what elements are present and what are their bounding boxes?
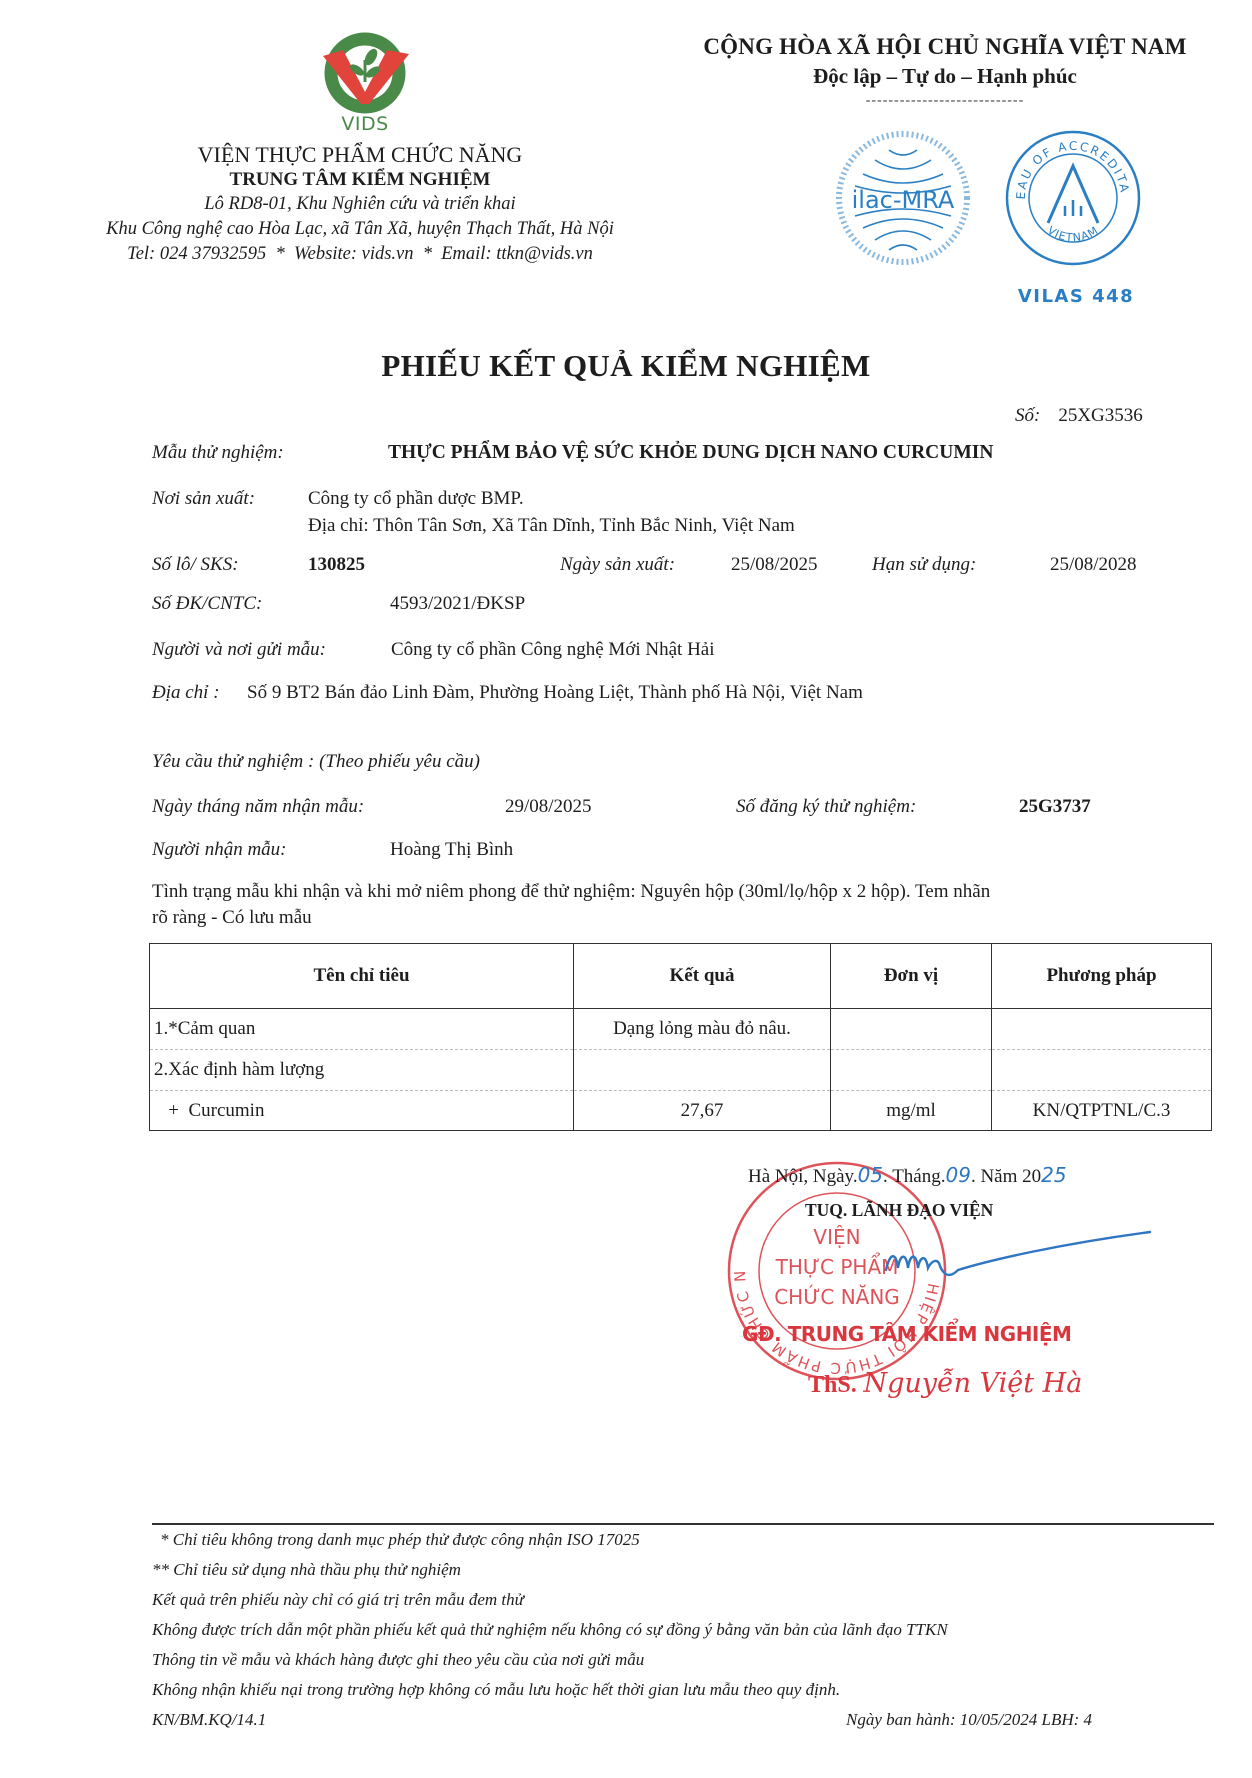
cell-unit	[831, 1050, 992, 1091]
manufacturer-value: Công ty cổ phần dược BMP.	[308, 487, 524, 511]
signer-role: GĐ. TRUNG TÂM KIỂM NGHIỆM	[742, 1322, 1071, 1346]
cell-result: Dạng lỏng màu đỏ nâu.	[574, 1009, 831, 1050]
cell-criterion: + Curcumin	[150, 1091, 574, 1132]
sample-label: Mẫu thử nghiệm:	[152, 441, 284, 465]
footer-note: Thông tin về mẫu và khách hàng được ghi …	[152, 1650, 644, 1670]
vids-logo-icon	[315, 30, 415, 116]
document-number-value: 25XG3536	[1058, 405, 1142, 426]
cell-method: KN/QTPTNL/C.3	[992, 1091, 1212, 1132]
footer-note: ** Chỉ tiêu sử dụng nhà thầu phụ thử ngh…	[152, 1560, 461, 1580]
expiry-value: 25/08/2028	[1050, 553, 1137, 577]
sign-month-prefix: . Tháng.	[883, 1166, 945, 1187]
stamp-center-line-1: VIỆN	[813, 1225, 860, 1249]
lot-label: Số lô/ SKS:	[152, 553, 239, 577]
signer-full-name: Nguyễn Việt Hà	[863, 1368, 1082, 1399]
ilac-mra-icon: ilac-MRA	[835, 130, 971, 266]
cell-result: 27,67	[574, 1091, 831, 1132]
receiver-value: Hoàng Thị Bình	[390, 838, 513, 862]
cell-criterion: 2.Xác định hàm lượng	[150, 1050, 574, 1091]
footer-note: * Chỉ tiêu không trong danh mục phép thử…	[160, 1530, 640, 1550]
sample-value: THỰC PHẨM BẢO VỆ SỨC KHỎE DUNG DỊCH NANO…	[388, 441, 993, 465]
boa-ring-bottom: VIETNAM	[1045, 224, 1101, 245]
table-header-row: Tên chỉ tiêu Kết quả Đơn vị Phương pháp	[150, 944, 1211, 1009]
column-header-unit: Đơn vị	[831, 944, 992, 1009]
sample-condition-line-2: rõ ràng - Có lưu mẫu	[152, 906, 312, 930]
cell-method	[992, 1009, 1212, 1050]
sign-date: Hà Nội, Ngày.05. Tháng.09. Năm 2025	[748, 1163, 1067, 1188]
nation-title: CỘNG HÒA XÃ HỘI CHỦ NGHĨA VIỆT NAM	[665, 32, 1225, 62]
lot-value: 130825	[308, 553, 365, 577]
registration-value: 4593/2021/ĐKSP	[390, 592, 525, 616]
address-line-2: Khu Công nghệ cao Hòa Lạc, xã Tân Xã, hu…	[60, 217, 660, 242]
institute-name: VIỆN THỰC PHẨM CHỨC NĂNG	[60, 142, 660, 168]
sign-year-prefix: . Năm 20	[971, 1166, 1041, 1187]
registration-label: Số ĐK/CNTC:	[152, 592, 262, 616]
sign-month: 09	[945, 1163, 970, 1187]
table-row: + Curcumin 27,67 mg/ml KN/QTPTNL/C.3	[150, 1091, 1211, 1132]
signer-name: ThS. Nguyễn Việt Hà	[808, 1368, 1082, 1399]
receiver-label: Người nhận mẫu:	[152, 838, 287, 862]
nation-divider: ----------------------------	[665, 90, 1225, 112]
sender-value: Công ty cổ phần Công nghệ Mới Nhật Hải	[391, 638, 715, 662]
sign-date-prefix: Hà Nội, Ngày.	[748, 1166, 858, 1187]
svg-text:BUREAU OF ACCREDITATION: BUREAU OF ACCREDITATION	[1003, 128, 1132, 200]
received-date-value: 29/08/2025	[505, 795, 592, 819]
table-row: 2.Xác định hàm lượng	[150, 1050, 1211, 1091]
nation-motto: Độc lập – Tự do – Hạnh phúc	[665, 62, 1225, 90]
footer-note: Kết quả trên phiếu này chỉ có giá trị tr…	[152, 1590, 524, 1610]
sign-year-suffix: 25	[1041, 1163, 1066, 1187]
footer-note: Không được trích dẫn một phần phiếu kết …	[152, 1620, 948, 1640]
boa-accreditation-icon: BUREAU OF ACCREDITATION VIETNAM	[1003, 128, 1143, 268]
cell-method	[992, 1050, 1212, 1091]
received-date-label: Ngày tháng năm nhận mẫu:	[152, 795, 364, 819]
sign-authority: TUQ. LÃNH ĐẠO VIỆN	[805, 1200, 993, 1221]
document-number: Số:25XG3536	[1015, 405, 1143, 427]
sender-address-label: Địa chỉ :	[152, 681, 220, 705]
manufacturer-address: Địa chỉ: Thôn Tân Sơn, Xã Tân Dĩnh, Tỉnh…	[308, 514, 795, 538]
cell-unit: mg/ml	[831, 1091, 992, 1132]
cell-result	[574, 1050, 831, 1091]
document-number-label: Số:	[1015, 405, 1040, 426]
issue-info: Ngày ban hành: 10/05/2024 LBH: 4	[846, 1710, 1092, 1730]
ilac-label: ilac-MRA	[852, 186, 955, 214]
sender-label: Người và nơi gửi mẫu:	[152, 638, 326, 662]
mfg-date-value: 25/08/2025	[731, 553, 818, 577]
test-registration-value: 25G3737	[1019, 795, 1091, 819]
table-row: 1.*Cảm quan Dạng lỏng màu đỏ nâu.	[150, 1009, 1211, 1050]
footer-divider	[152, 1523, 1214, 1525]
column-header-result: Kết quả	[574, 944, 831, 1009]
vilas-code: VILAS 448	[1010, 286, 1142, 307]
cell-unit	[831, 1009, 992, 1050]
address-line-1: Lô RD8-01, Khu Nghiên cứu và triển khai	[60, 192, 660, 217]
column-header-method: Phương pháp	[992, 944, 1212, 1009]
cell-criterion: 1.*Cảm quan	[150, 1009, 574, 1050]
contact-line: Tel: 024 37932595 * Website: vids.vn * E…	[60, 242, 660, 267]
column-header-criterion: Tên chỉ tiêu	[150, 944, 574, 1009]
form-code: KN/BM.KQ/14.1	[152, 1710, 266, 1730]
document-title: PHIẾU KẾT QUẢ KIỂM NGHIỆM	[0, 348, 1252, 384]
logo-text: VIDS	[330, 113, 400, 135]
sign-day: 05	[858, 1163, 883, 1187]
boa-ring-top: BUREAU OF ACCREDITATION	[1003, 128, 1132, 200]
mfg-date-label: Ngày sản xuất:	[560, 553, 675, 577]
national-header: CỘNG HÒA XÃ HỘI CHỦ NGHĨA VIỆT NAM Độc l…	[665, 32, 1225, 112]
test-registration-label: Số đăng ký thử nghiệm:	[736, 795, 916, 819]
manufacturer-label: Nơi sản xuất:	[152, 487, 255, 511]
footer-note: Không nhận khiếu nại trong trường hợp kh…	[152, 1680, 840, 1700]
center-name: TRUNG TÂM KIỂM NGHIỆM	[60, 168, 660, 192]
expiry-label: Hạn sử dụng:	[872, 553, 976, 577]
sample-condition-line-1: Tình trạng mẫu khi nhận và khi mở niêm p…	[152, 880, 990, 904]
request-label: Yêu cầu thử nghiệm : (Theo phiếu yêu cầu…	[152, 750, 480, 774]
signer-title: ThS.	[808, 1372, 857, 1398]
svg-text:VIETNAM: VIETNAM	[1045, 224, 1101, 245]
institute-block: VIỆN THỰC PHẨM CHỨC NĂNG TRUNG TÂM KIỂM …	[60, 142, 660, 267]
handwritten-signature-icon	[880, 1230, 1160, 1300]
results-table: Tên chỉ tiêu Kết quả Đơn vị Phương pháp …	[149, 943, 1212, 1131]
sender-address-value: Số 9 BT2 Bán đảo Linh Đàm, Phường Hoàng …	[247, 681, 863, 705]
